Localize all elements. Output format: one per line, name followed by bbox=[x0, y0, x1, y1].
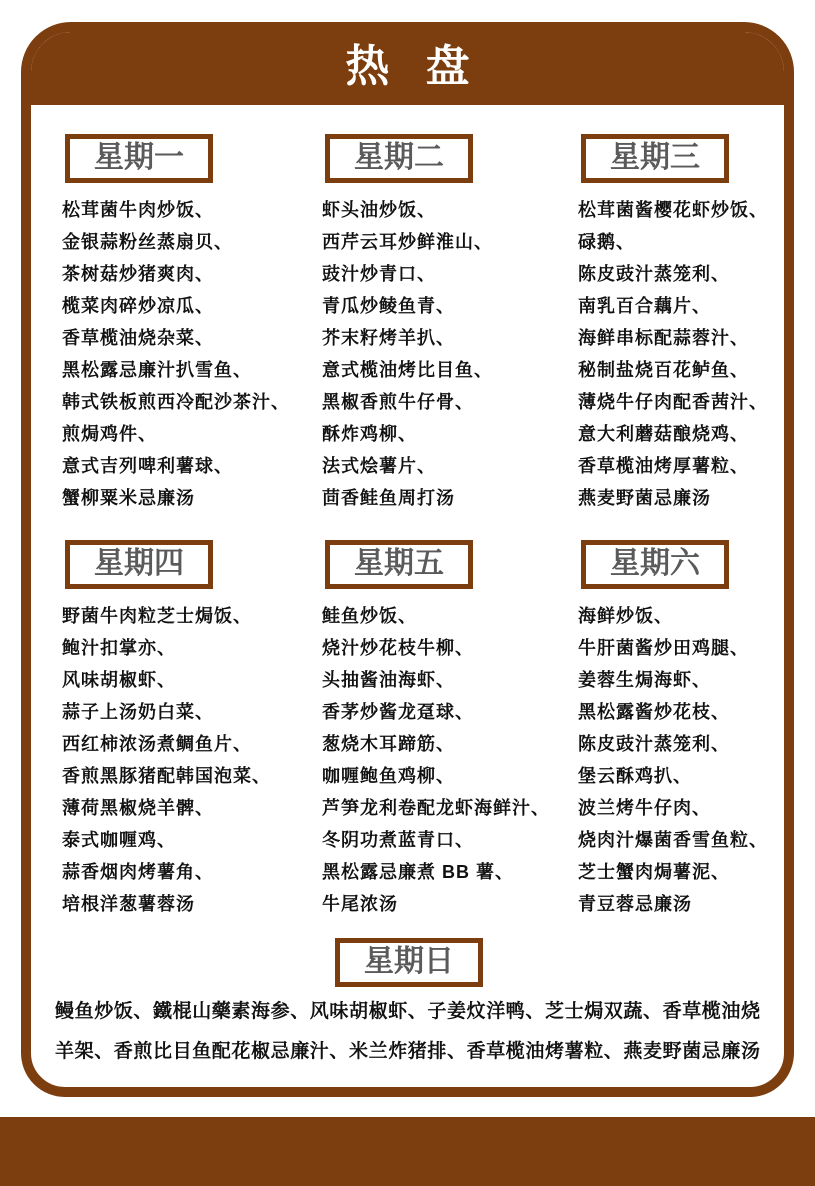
day-badge-saturday: 星期六 bbox=[581, 540, 729, 589]
menu-item: 培根洋葱薯蓉汤 bbox=[62, 888, 320, 920]
menu-item: 薄烧牛仔肉配香茜汁、 bbox=[578, 386, 815, 418]
menu-item: 鲑鱼炒饭、 bbox=[322, 600, 580, 632]
menu-item: 松茸菌酱樱花虾炒饭、 bbox=[578, 194, 815, 226]
menu-item: 薄荷黑椒烧羊髀、 bbox=[62, 792, 320, 824]
menu-item-list: 野菌牛肉粒芝士焗饭、 鲍汁扣掌亦、 风味胡椒虾、 蒜子上汤奶白菜、 西红柿浓汤煮… bbox=[62, 600, 320, 920]
menu-item: 牛尾浓汤 bbox=[322, 888, 580, 920]
menu-item: 蒜香烟肉烤薯角、 bbox=[62, 856, 320, 888]
menu-item: 虾头油炒饭、 bbox=[322, 194, 580, 226]
menu-item: 碌鹅、 bbox=[578, 226, 815, 258]
menu-item: 海鲜炒饭、 bbox=[578, 600, 815, 632]
menu-item: 黑松露忌廉汁扒雪鱼、 bbox=[62, 354, 320, 386]
menu-item-list: 松茸菌酱樱花虾炒饭、 碌鹅、 陈皮豉汁蒸笼利、 南乳百合藕片、 海鲜串标配蒜蓉汁… bbox=[578, 194, 815, 514]
menu-item: 头抽酱油海虾、 bbox=[322, 664, 580, 696]
menu-item: 冬阴功煮蓝青口、 bbox=[322, 824, 580, 856]
day-badge-friday: 星期五 bbox=[325, 540, 473, 589]
menu-item: 香草榄油烧杂菜、 bbox=[62, 322, 320, 354]
menu-item: 煎焗鸡件、 bbox=[62, 418, 320, 450]
menu-item-list: 海鲜炒饭、 牛肝菌酱炒田鸡腿、 姜蓉生焗海虾、 黑松露酱炒花枝、 陈皮豉汁蒸笼利… bbox=[578, 600, 815, 920]
menu-item: 意式吉列啤利薯球、 bbox=[62, 450, 320, 482]
menu-item: 芝士蟹肉焗薯泥、 bbox=[578, 856, 815, 888]
menu-item: 堡云酥鸡扒、 bbox=[578, 760, 815, 792]
page-title: 热 盘 bbox=[333, 45, 481, 93]
day-column-thursday: 星期四 野菌牛肉粒芝士焗饭、 鲍汁扣掌亦、 风味胡椒虾、 蒜子上汤奶白菜、 西红… bbox=[62, 540, 320, 920]
menu-item: 榄菜肉碎炒凉瓜、 bbox=[62, 290, 320, 322]
menu-item: 牛肝菌酱炒田鸡腿、 bbox=[578, 632, 815, 664]
menu-item: 泰式咖喱鸡、 bbox=[62, 824, 320, 856]
menu-item: 姜蓉生焗海虾、 bbox=[578, 664, 815, 696]
day-badge-sunday: 星期日 bbox=[335, 938, 483, 987]
menu-item: 陈皮豉汁蒸笼利、 bbox=[578, 258, 815, 290]
sunday-header: 星期日 bbox=[0, 938, 815, 987]
day-column-wednesday: 星期三 松茸菌酱樱花虾炒饭、 碌鹅、 陈皮豉汁蒸笼利、 南乳百合藕片、 海鲜串标… bbox=[578, 134, 815, 514]
menu-item: 风味胡椒虾、 bbox=[62, 664, 320, 696]
menu-header: 热 盘 bbox=[31, 32, 784, 105]
menu-item: 茴香鲑鱼周打汤 bbox=[322, 482, 580, 514]
menu-item: 陈皮豉汁蒸笼利、 bbox=[578, 728, 815, 760]
menu-item: 黑松露酱炒花枝、 bbox=[578, 696, 815, 728]
sunday-menu-text: 鳗鱼炒饭、鐵棍山藥素海参、风味胡椒虾、子姜炆洋鸭、芝士焗双蔬、香草榄油烧羊架、香… bbox=[55, 992, 767, 1072]
menu-item: 蒜子上汤奶白菜、 bbox=[62, 696, 320, 728]
day-column-saturday: 星期六 海鲜炒饭、 牛肝菌酱炒田鸡腿、 姜蓉生焗海虾、 黑松露酱炒花枝、 陈皮豉… bbox=[578, 540, 815, 920]
menu-item: 燕麦野菌忌廉汤 bbox=[578, 482, 815, 514]
menu-item: 青瓜炒鲮鱼青、 bbox=[322, 290, 580, 322]
menu-item: 南乳百合藕片、 bbox=[578, 290, 815, 322]
menu-item: 芦笋龙利卷配龙虾海鲜汁、 bbox=[322, 792, 580, 824]
menu-item: 意大利蘑菇酿烧鸡、 bbox=[578, 418, 815, 450]
menu-item: 法式烩薯片、 bbox=[322, 450, 580, 482]
menu-item: 野菌牛肉粒芝士焗饭、 bbox=[62, 600, 320, 632]
menu-item: 咖喱鲍鱼鸡柳、 bbox=[322, 760, 580, 792]
menu-item: 蟹柳粟米忌廉汤 bbox=[62, 482, 320, 514]
menu-item: 韩式铁板煎西冷配沙茶汁、 bbox=[62, 386, 320, 418]
day-column-friday: 星期五 鲑鱼炒饭、 烧汁炒花枝牛柳、 头抽酱油海虾、 香茅炒酱龙趸球、 葱烧木耳… bbox=[322, 540, 580, 920]
menu-item-list: 虾头油炒饭、 西芹云耳炒鲜淮山、 豉汁炒青口、 青瓜炒鲮鱼青、 芥末籽烤羊扒、 … bbox=[322, 194, 580, 514]
menu-item: 秘制盐烧百花鲈鱼、 bbox=[578, 354, 815, 386]
menu-item: 芥末籽烤羊扒、 bbox=[322, 322, 580, 354]
menu-item: 烧肉汁爆菌香雪鱼粒、 bbox=[578, 824, 815, 856]
menu-item-list: 鲑鱼炒饭、 烧汁炒花枝牛柳、 头抽酱油海虾、 香茅炒酱龙趸球、 葱烧木耳蹄筋、 … bbox=[322, 600, 580, 920]
menu-item-list: 松茸菌牛肉炒饭、 金银蒜粉丝蒸扇贝、 茶树菇炒猪爽肉、 榄菜肉碎炒凉瓜、 香草榄… bbox=[62, 194, 320, 514]
menu-item: 黑椒香煎牛仔骨、 bbox=[322, 386, 580, 418]
menu-item: 黑松露忌廉煮 BB 薯、 bbox=[322, 856, 580, 888]
day-column-monday: 星期一 松茸菌牛肉炒饭、 金银蒜粉丝蒸扇贝、 茶树菇炒猪爽肉、 榄菜肉碎炒凉瓜、… bbox=[62, 134, 320, 514]
menu-item: 香草榄油烤厚薯粒、 bbox=[578, 450, 815, 482]
menu-item: 西芹云耳炒鲜淮山、 bbox=[322, 226, 580, 258]
menu-item: 意式榄油烤比目鱼、 bbox=[322, 354, 580, 386]
menu-page: 热 盘 星期一 松茸菌牛肉炒饭、 金银蒜粉丝蒸扇贝、 茶树菇炒猪爽肉、 榄菜肉碎… bbox=[0, 0, 815, 1186]
menu-item: 海鲜串标配蒜蓉汁、 bbox=[578, 322, 815, 354]
bottom-band bbox=[0, 1117, 815, 1186]
menu-item: 香茅炒酱龙趸球、 bbox=[322, 696, 580, 728]
menu-item: 烧汁炒花枝牛柳、 bbox=[322, 632, 580, 664]
menu-item: 松茸菌牛肉炒饭、 bbox=[62, 194, 320, 226]
menu-item: 金银蒜粉丝蒸扇贝、 bbox=[62, 226, 320, 258]
day-badge-monday: 星期一 bbox=[65, 134, 213, 183]
day-badge-wednesday: 星期三 bbox=[581, 134, 729, 183]
menu-item: 西红柿浓汤煮鲷鱼片、 bbox=[62, 728, 320, 760]
day-badge-tuesday: 星期二 bbox=[325, 134, 473, 183]
menu-item: 茶树菇炒猪爽肉、 bbox=[62, 258, 320, 290]
menu-item: 葱烧木耳蹄筋、 bbox=[322, 728, 580, 760]
menu-item: 波兰烤牛仔肉、 bbox=[578, 792, 815, 824]
menu-item: 鲍汁扣掌亦、 bbox=[62, 632, 320, 664]
menu-item: 香煎黑豚猪配韩国泡菜、 bbox=[62, 760, 320, 792]
day-badge-thursday: 星期四 bbox=[65, 540, 213, 589]
day-column-tuesday: 星期二 虾头油炒饭、 西芹云耳炒鲜淮山、 豉汁炒青口、 青瓜炒鲮鱼青、 芥末籽烤… bbox=[322, 134, 580, 514]
menu-item: 青豆蓉忌廉汤 bbox=[578, 888, 815, 920]
menu-item: 豉汁炒青口、 bbox=[322, 258, 580, 290]
menu-item: 酥炸鸡柳、 bbox=[322, 418, 580, 450]
